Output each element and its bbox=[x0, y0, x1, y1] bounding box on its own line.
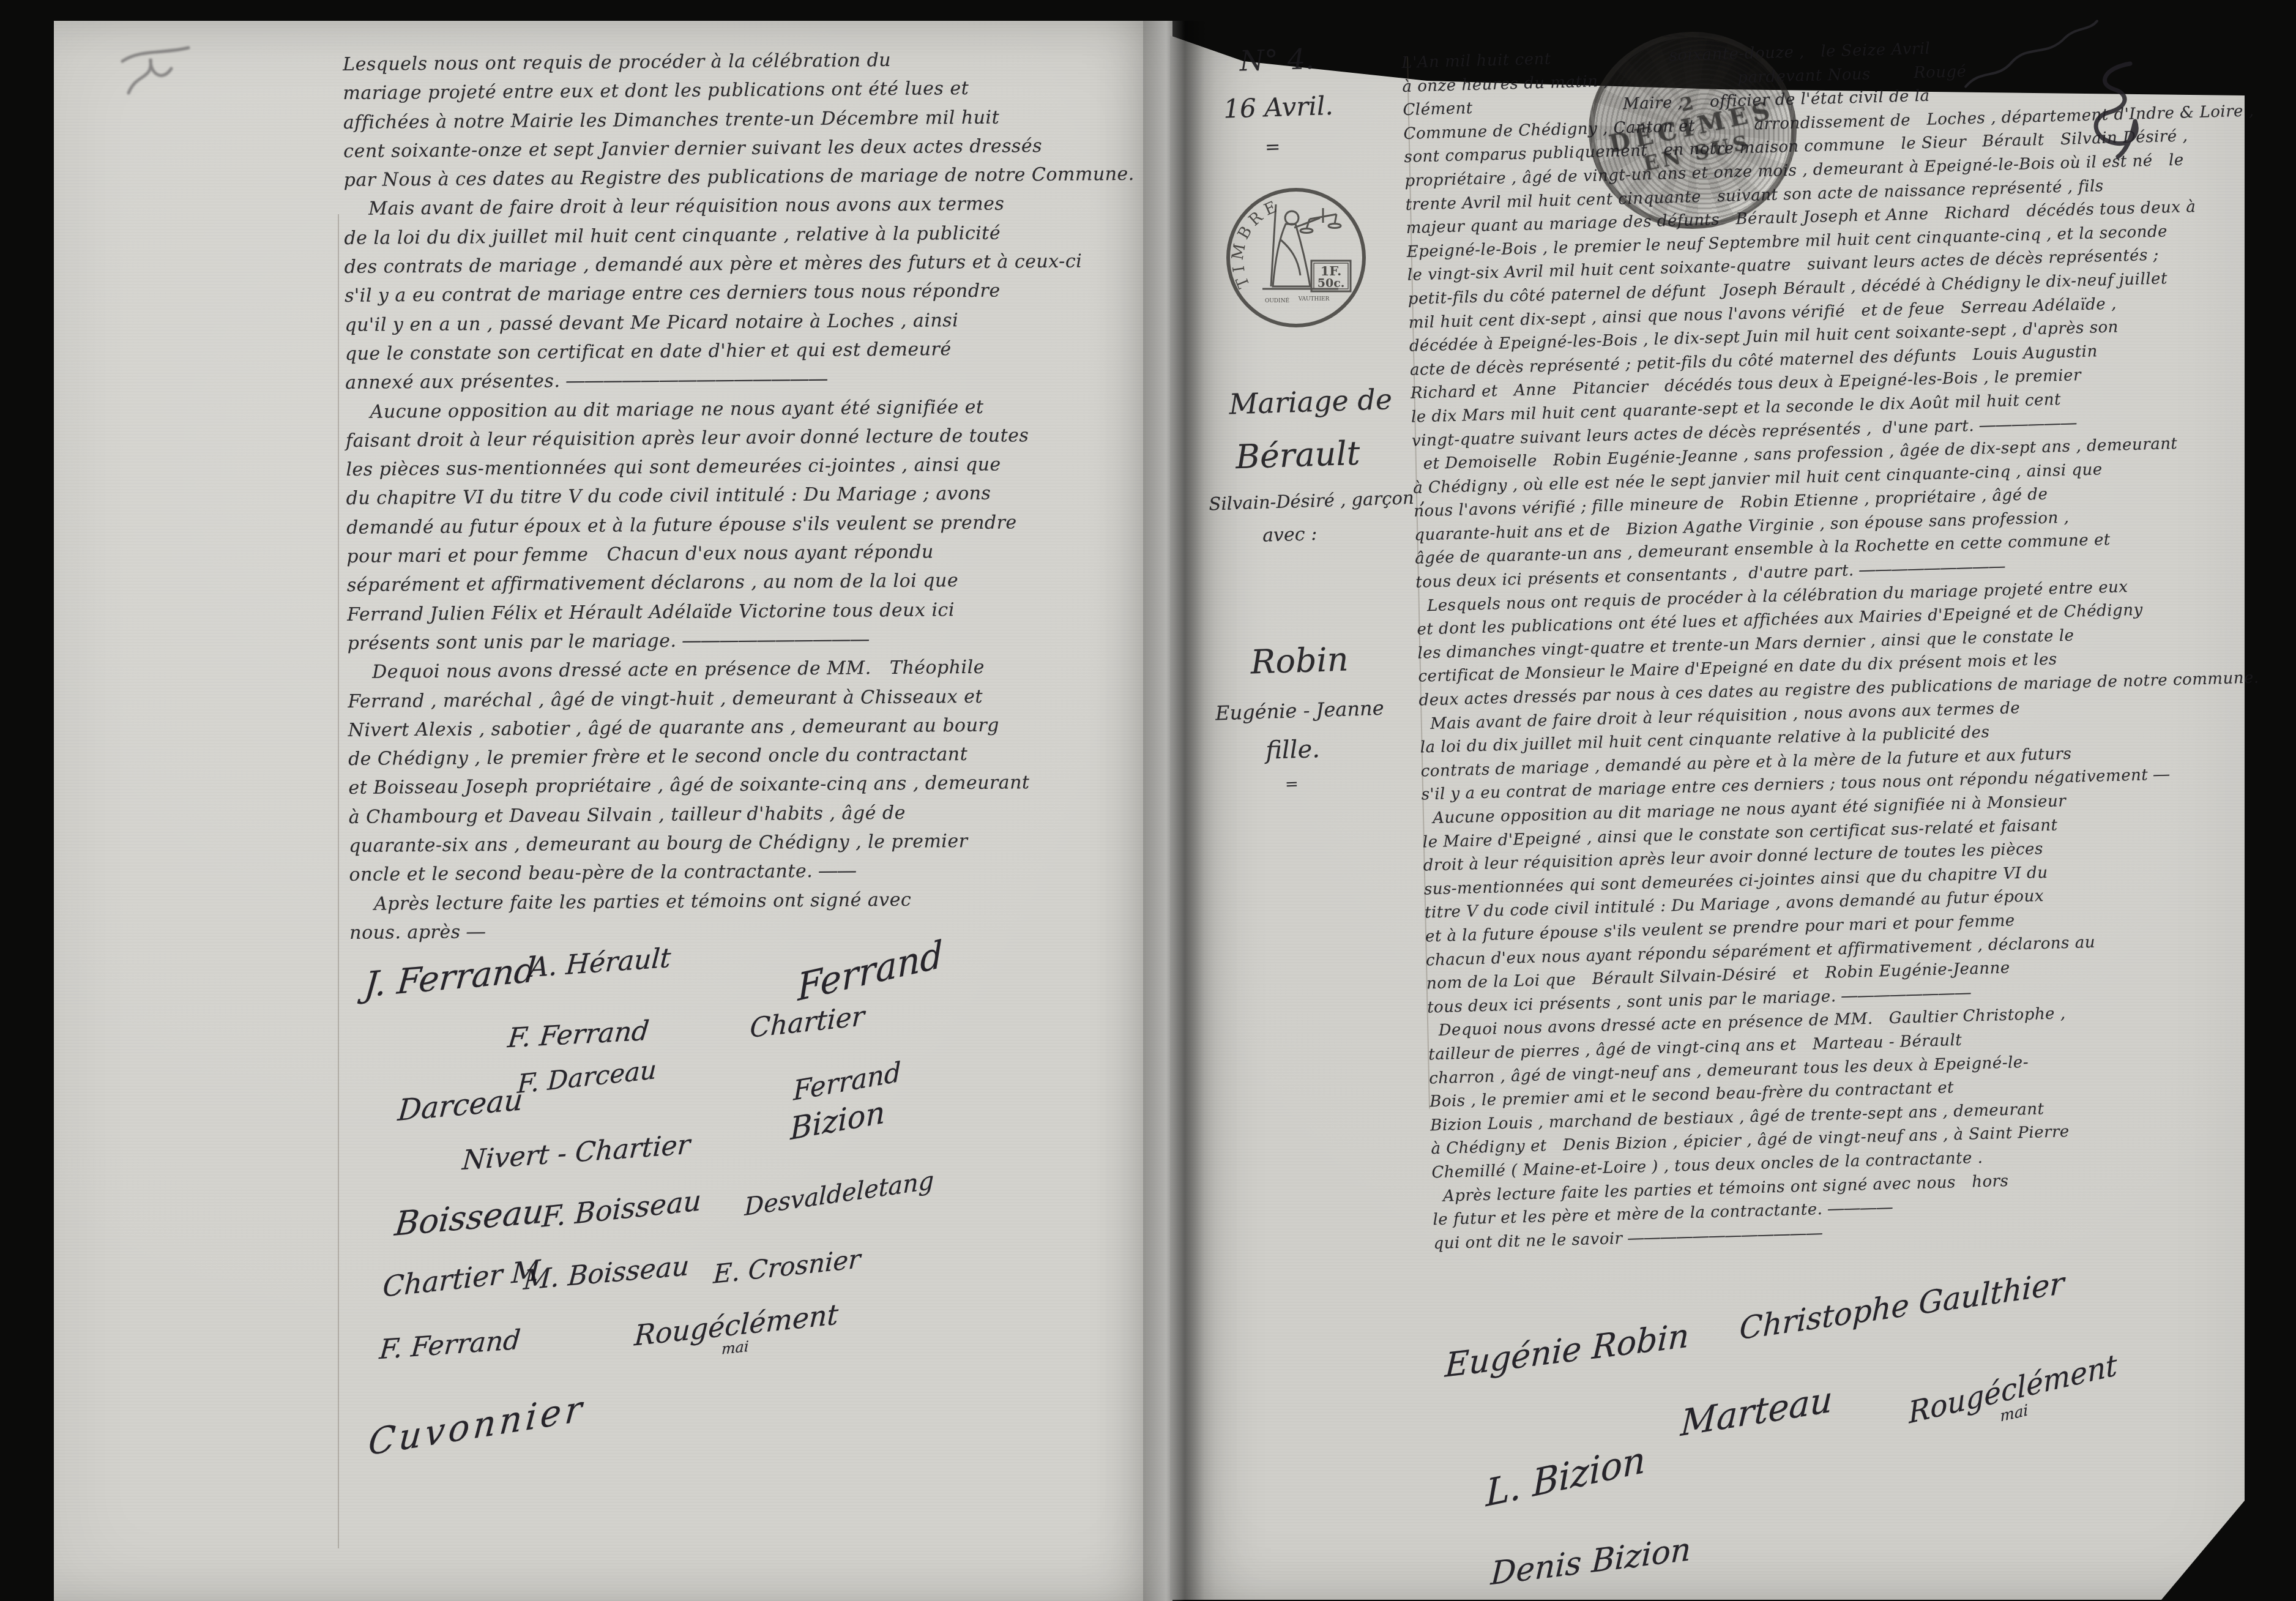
margin-groom-line: Bérault bbox=[1235, 434, 1360, 476]
margin-separator-mark: = bbox=[1265, 136, 1281, 159]
margin-groom-line: avec : bbox=[1262, 523, 1318, 547]
stamp-value-bottom: 50c. bbox=[1318, 277, 1345, 290]
stamp-label: TIMBRE bbox=[1229, 196, 1284, 291]
ink-offset-mark bbox=[110, 38, 214, 105]
right-page-text: L'An mil huit cent soixante-douze , le S… bbox=[1401, 31, 2281, 1258]
left-page-text: Lesquels nous ont requis de procéder à l… bbox=[343, 48, 1163, 952]
margin-groom-line: Silvain-Désiré , garçon , bbox=[1209, 487, 1426, 514]
timbre-fiscal-stamp-icon: TIMBRE 1F. 50c. OUDINÉ VAUTHIER bbox=[1221, 182, 1371, 333]
margin-bride-line: Eugénie - Jeanne bbox=[1215, 696, 1384, 725]
act-number: N° 4. bbox=[1239, 42, 1314, 78]
scales-icon bbox=[1300, 208, 1341, 233]
scanned-marriage-register-spread: Lesquels nous ont requis de procéder à l… bbox=[0, 0, 2296, 1601]
left-page-margin-rule bbox=[338, 214, 339, 1548]
margin-closing-mark: = bbox=[1285, 775, 1299, 794]
act-date: 16 Avril. bbox=[1223, 91, 1333, 124]
stamp-engraver-right: VAUTHIER bbox=[1298, 296, 1330, 302]
margin-bride-line: fille. bbox=[1265, 735, 1321, 765]
margin-bride-line: Robin bbox=[1250, 640, 1349, 682]
stamp-engraver-left: OUDINÉ bbox=[1265, 297, 1289, 304]
mayor-paraph-icon bbox=[2071, 56, 2151, 160]
margin-groom-line: Mariage de bbox=[1229, 383, 1393, 420]
